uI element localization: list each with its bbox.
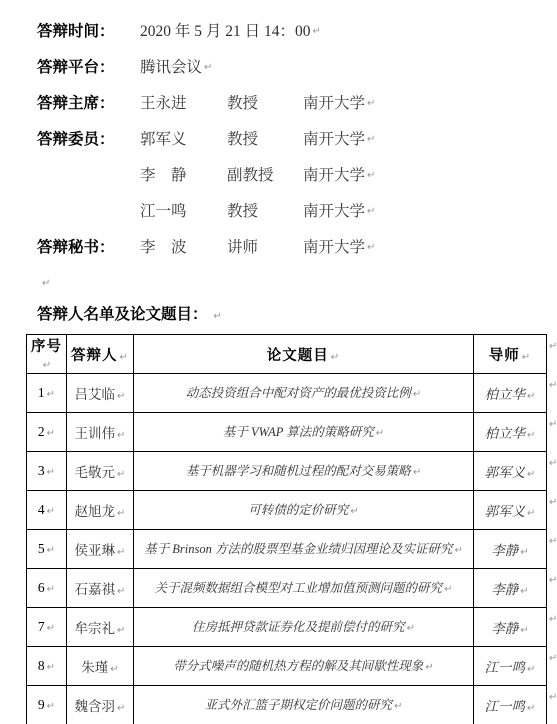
row-number: 9 [38, 697, 45, 712]
table-row: 5↵ 侯亚琳↵ 基于 Brinson 方法的股票型基金业绩归因理论及实证研究↵ … [27, 530, 557, 569]
paragraph-mark-icon: ↵ [367, 122, 375, 158]
paragraph-mark-icon: ↵ [527, 391, 535, 402]
row-number-cell: 8↵ [27, 647, 67, 686]
person-title: 教授 [227, 194, 303, 230]
paragraph-mark-icon: ↵ [117, 469, 125, 480]
advisor-name: 郭军义 [485, 465, 526, 480]
paragraph-mark-icon: ↵ [376, 428, 384, 439]
paragraph-mark-icon: ↵ [527, 703, 535, 714]
row-end-mark-cell: ↵ [547, 374, 557, 413]
paragraph-mark-icon: ↵ [47, 506, 55, 517]
advisor-name: 江一鸣 [485, 699, 526, 714]
row-number: 4 [38, 502, 45, 517]
paragraph-mark-icon: ↵ [522, 352, 531, 363]
advisor-name: 李静 [491, 543, 518, 558]
thesis-title-cell: 基于机器学习和随机过程的配对交易策略↵ [134, 452, 474, 491]
thesis-title: 基于机器学习和随机过程的配对交易策略 [186, 464, 411, 478]
paragraph-mark-icon: ↵ [454, 545, 462, 556]
paragraph-mark-icon: ↵ [331, 352, 340, 363]
row-end-mark-cell: ↵ [547, 647, 557, 686]
paragraph-mark-icon: ↵ [47, 389, 55, 400]
info-label: 答辩时间： [37, 14, 140, 50]
paragraph-mark-icon: ↵ [549, 497, 557, 508]
row-number: 5 [38, 541, 45, 556]
row-end-mark-cell: ↵ [547, 569, 557, 608]
paragraph-mark-icon: ↵ [47, 467, 55, 478]
header-label: 论文题目 [267, 348, 329, 364]
info-value: 2020 年 5 月 21 日 14：00 [140, 14, 311, 50]
info-line-committee-3: 江一鸣 教授 南开大学 ↵ [0, 194, 557, 230]
section-heading: 答辩人名单及论文题目： [37, 306, 208, 323]
info-line-committee-1: 答辩委员： 郭军义 教授 南开大学 ↵ [0, 122, 557, 158]
defender-name-cell: 石嘉祺↵ [67, 569, 134, 608]
defender-name: 赵旭龙 [75, 504, 116, 519]
header-cell-defender: 答辩人↵ [67, 335, 134, 374]
paragraph-mark-icon: ↵ [213, 311, 221, 322]
person-name: 江一鸣 [140, 194, 227, 230]
person-title: 讲师 [227, 230, 303, 266]
paragraph-mark-icon: ↵ [527, 430, 535, 441]
thesis-title-cell: 动态投资组合中配对资产的最优投资比例↵ [134, 374, 474, 413]
defender-name: 侯亚琳 [75, 543, 116, 558]
info-line-platform: 答辩平台： 腾讯会议 ↵ [0, 50, 557, 86]
info-line-committee-2: 李 静 副教授 南开大学 ↵ [0, 158, 557, 194]
thesis-title-cell: 住房抵押贷款证券化及提前偿付的研究↵ [134, 608, 474, 647]
paragraph-mark-icon: ↵ [117, 625, 125, 636]
paragraph-mark-icon: ↵ [549, 419, 557, 430]
paragraph-mark-icon: ↵ [527, 469, 535, 480]
row-end-mark-cell: ↵ [547, 413, 557, 452]
row-number-cell: 9↵ [27, 686, 67, 724]
info-label: 答辩委员： [37, 122, 140, 158]
advisor-name-cell: 柏立华↵ [474, 413, 547, 452]
paragraph-mark-icon: ↵ [520, 586, 528, 597]
paragraph-mark-icon: ↵ [549, 614, 557, 625]
advisor-name-cell: 李静↵ [474, 608, 547, 647]
person-org: 南开大学 [303, 122, 365, 158]
row-number: 6 [38, 580, 45, 595]
paragraph-mark-icon: ↵ [117, 508, 125, 519]
header-cell-no: 序号↵ [27, 335, 67, 374]
defender-name-cell: 赵旭龙↵ [67, 491, 134, 530]
person-name: 王永进 [140, 86, 227, 122]
advisor-name-cell: 柏立华↵ [474, 374, 547, 413]
paragraph-mark-icon: ↵ [549, 341, 557, 352]
paragraph-mark-icon: ↵ [47, 662, 55, 673]
paragraph-mark-icon: ↵ [47, 545, 55, 556]
paragraph-mark-icon: ↵ [117, 547, 125, 558]
paragraph-mark-icon: ↵ [549, 692, 557, 703]
paragraph-mark-icon: ↵ [520, 547, 528, 558]
info-line-secretary: 答辩秘书： 李 波 讲师 南开大学 ↵ [0, 230, 557, 266]
empty-paragraph: ↵ [0, 266, 557, 298]
thesis-title: 住房抵押贷款证券化及提前偿付的研究 [192, 620, 405, 634]
paragraph-mark-icon: ↵ [413, 389, 421, 400]
person-org: 南开大学 [303, 230, 365, 266]
defender-name: 牟宗礼 [75, 621, 116, 636]
paragraph-mark-icon: ↵ [117, 430, 125, 441]
person-name: 李 静 [140, 158, 227, 194]
person-name: 郭军义 [140, 122, 227, 158]
defender-name-cell: 牟宗礼↵ [67, 608, 134, 647]
paragraph-mark-icon: ↵ [549, 653, 557, 664]
paragraph-mark-icon: ↵ [367, 158, 375, 194]
table-row: 1↵ 吕艾临↵ 动态投资组合中配对资产的最优投资比例↵ 柏立华↵ ↵ [27, 374, 557, 413]
person-org: 南开大学 [303, 194, 365, 230]
header-label: 答辩人 [71, 348, 118, 364]
advisor-name-cell: 李静↵ [474, 530, 547, 569]
table-header-row: 序号↵ 答辩人↵ 论文题目↵ 导师↵ ↵ [27, 335, 557, 374]
defender-name: 石嘉祺 [75, 582, 116, 597]
paragraph-mark-icon: ↵ [47, 428, 55, 439]
thesis-title: 可转债的定价研究 [248, 503, 348, 517]
paragraph-mark-icon: ↵ [549, 458, 557, 469]
table-row: 7↵ 牟宗礼↵ 住房抵押贷款证券化及提前偿付的研究↵ 李静↵ ↵ [27, 608, 557, 647]
defender-name-cell: 侯亚琳↵ [67, 530, 134, 569]
defender-name: 魏含羽 [75, 699, 116, 714]
person-title: 教授 [227, 86, 303, 122]
paragraph-mark-icon: ↵ [549, 575, 557, 586]
paragraph-mark-icon: ↵ [527, 664, 535, 675]
defender-name-cell: 魏含羽↵ [67, 686, 134, 724]
paragraph-mark-icon: ↵ [117, 586, 125, 597]
thesis-title: 动态投资组合中配对资产的最优投资比例 [186, 386, 411, 400]
header-label: 序号 [31, 339, 62, 355]
header-label: 导师 [489, 348, 520, 364]
table-row: 9↵ 魏含羽↵ 亚式外汇篮子期权定价问题的研究↵ 江一鸣↵ ↵ [27, 686, 557, 724]
row-number: 8 [38, 658, 45, 673]
paragraph-mark-icon: ↵ [549, 380, 557, 391]
advisor-name-cell: 郭军义↵ [474, 452, 547, 491]
paragraph-mark-icon: ↵ [367, 230, 375, 266]
row-number-cell: 7↵ [27, 608, 67, 647]
info-label: 答辩秘书： [37, 230, 140, 266]
info-label: 答辩平台： [37, 50, 140, 86]
defense-info-block: 答辩时间： 2020 年 5 月 21 日 14：00 ↵ 答辩平台： 腾讯会议… [0, 0, 557, 266]
paragraph-mark-icon: ↵ [117, 391, 125, 402]
paragraph-mark-icon: ↵ [350, 506, 358, 517]
row-end-mark-cell: ↵ [547, 608, 557, 647]
advisor-name-cell: 郭军义↵ [474, 491, 547, 530]
paragraph-mark-icon: ↵ [117, 703, 125, 714]
paragraph-mark-icon: ↵ [204, 50, 212, 86]
paragraph-mark-icon: ↵ [425, 662, 433, 673]
paragraph-mark-icon: ↵ [47, 701, 55, 712]
advisor-name: 李静 [491, 582, 518, 597]
defender-name: 吕艾临 [75, 387, 116, 402]
paragraph-mark-icon: ↵ [520, 625, 528, 636]
person-title: 副教授 [227, 158, 303, 194]
thesis-title-cell: 基于 VWAP 算法的策略研究↵ [134, 413, 474, 452]
paragraph-mark-icon: ↵ [43, 360, 52, 371]
paragraph-mark-icon: ↵ [47, 623, 55, 634]
row-end-mark-cell: ↵ [547, 491, 557, 530]
paragraph-mark-icon: ↵ [444, 584, 452, 595]
row-number-cell: 5↵ [27, 530, 67, 569]
paragraph-mark-icon: ↵ [367, 194, 375, 230]
advisor-name: 李静 [491, 621, 518, 636]
thesis-title: 带分式噪声的随机热方程的解及其间歇性现象 [173, 659, 423, 673]
paragraph-mark-icon: ↵ [394, 701, 402, 712]
row-number-cell: 6↵ [27, 569, 67, 608]
row-number: 3 [38, 463, 45, 478]
thesis-title: 亚式外汇篮子期权定价问题的研究 [205, 698, 393, 712]
advisor-name-cell: 江一鸣↵ [474, 686, 547, 724]
info-label: 答辩主席： [37, 86, 140, 122]
person-org: 南开大学 [303, 86, 365, 122]
thesis-title: 基于 Brinson 方法的股票型基金业绩归因理论及实证研究 [144, 542, 452, 556]
paragraph-mark-icon: ↵ [313, 14, 321, 50]
thesis-title-cell: 亚式外汇篮子期权定价问题的研究↵ [134, 686, 474, 724]
row-number-cell: 4↵ [27, 491, 67, 530]
thesis-title-cell: 关于混频数据组合模型对工业增加值预测问题的研究↵ [134, 569, 474, 608]
table-row: 8↵ 朱瑾↵ 带分式噪声的随机热方程的解及其间歇性现象↵ 江一鸣↵ ↵ [27, 647, 557, 686]
row-number: 7 [38, 619, 45, 634]
paragraph-mark-icon: ↵ [42, 278, 50, 289]
advisor-name: 柏立华 [485, 387, 526, 402]
table-row: 4↵ 赵旭龙↵ 可转债的定价研究↵ 郭军义↵ ↵ [27, 491, 557, 530]
info-line-chair: 答辩主席： 王永进 教授 南开大学 ↵ [0, 86, 557, 122]
paragraph-mark-icon: ↵ [47, 584, 55, 595]
person-name: 李 波 [140, 230, 227, 266]
paragraph-mark-icon: ↵ [407, 623, 415, 634]
advisor-name: 柏立华 [485, 426, 526, 441]
document-page: 答辩时间： 2020 年 5 月 21 日 14：00 ↵ 答辩平台： 腾讯会议… [0, 0, 557, 724]
row-number-cell: 3↵ [27, 452, 67, 491]
thesis-title: 基于 VWAP 算法的策略研究 [223, 425, 374, 439]
defender-name: 王训伟 [75, 426, 116, 441]
table-row: 6↵ 石嘉祺↵ 关于混频数据组合模型对工业增加值预测问题的研究↵ 李静↵ ↵ [27, 569, 557, 608]
thesis-title: 关于混频数据组合模型对工业增加值预测问题的研究 [155, 581, 443, 595]
row-end-mark-cell: ↵ [547, 686, 557, 724]
advisor-name: 江一鸣 [485, 660, 526, 675]
thesis-table-body: 1↵ 吕艾临↵ 动态投资组合中配对资产的最优投资比例↵ 柏立华↵ ↵ 2↵ 王训… [27, 374, 557, 724]
thesis-title-cell: 带分式噪声的随机热方程的解及其间歇性现象↵ [134, 647, 474, 686]
defender-name: 朱瑾 [81, 660, 108, 675]
paragraph-mark-icon: ↵ [549, 536, 557, 547]
advisor-name-cell: 江一鸣↵ [474, 647, 547, 686]
section-heading-line: 答辩人名单及论文题目： ↵ [0, 298, 557, 332]
row-end-mark-cell: ↵ [547, 335, 557, 374]
advisor-name: 郭军义 [485, 504, 526, 519]
paragraph-mark-icon: ↵ [413, 467, 421, 478]
row-number: 1 [38, 385, 45, 400]
paragraph-mark-icon: ↵ [110, 664, 118, 675]
paragraph-mark-icon: ↵ [120, 352, 129, 363]
row-end-mark-cell: ↵ [547, 452, 557, 491]
info-line-time: 答辩时间： 2020 年 5 月 21 日 14：00 ↵ [0, 14, 557, 50]
defender-name-cell: 王训伟↵ [67, 413, 134, 452]
row-end-mark-cell: ↵ [547, 530, 557, 569]
defender-name: 毛敬元 [75, 465, 116, 480]
defender-name-cell: 毛敬元↵ [67, 452, 134, 491]
paragraph-mark-icon: ↵ [527, 508, 535, 519]
table-row: 3↵ 毛敬元↵ 基于机器学习和随机过程的配对交易策略↵ 郭军义↵ ↵ [27, 452, 557, 491]
thesis-title-cell: 可转债的定价研究↵ [134, 491, 474, 530]
thesis-title-cell: 基于 Brinson 方法的股票型基金业绩归因理论及实证研究↵ [134, 530, 474, 569]
defense-roster-table: 序号↵ 答辩人↵ 论文题目↵ 导师↵ ↵ 1↵ 吕艾临↵ [26, 334, 557, 724]
person-title: 教授 [227, 122, 303, 158]
table-row: 2↵ 王训伟↵ 基于 VWAP 算法的策略研究↵ 柏立华↵ ↵ [27, 413, 557, 452]
row-number: 2 [38, 424, 45, 439]
paragraph-mark-icon: ↵ [367, 86, 375, 122]
defender-name-cell: 朱瑾↵ [67, 647, 134, 686]
advisor-name-cell: 李静↵ [474, 569, 547, 608]
header-cell-advisor: 导师↵ [474, 335, 547, 374]
person-org: 南开大学 [303, 158, 365, 194]
info-value: 腾讯会议 [140, 50, 202, 86]
header-cell-thesis: 论文题目↵ [134, 335, 474, 374]
row-number-cell: 1↵ [27, 374, 67, 413]
row-number-cell: 2↵ [27, 413, 67, 452]
defender-name-cell: 吕艾临↵ [67, 374, 134, 413]
